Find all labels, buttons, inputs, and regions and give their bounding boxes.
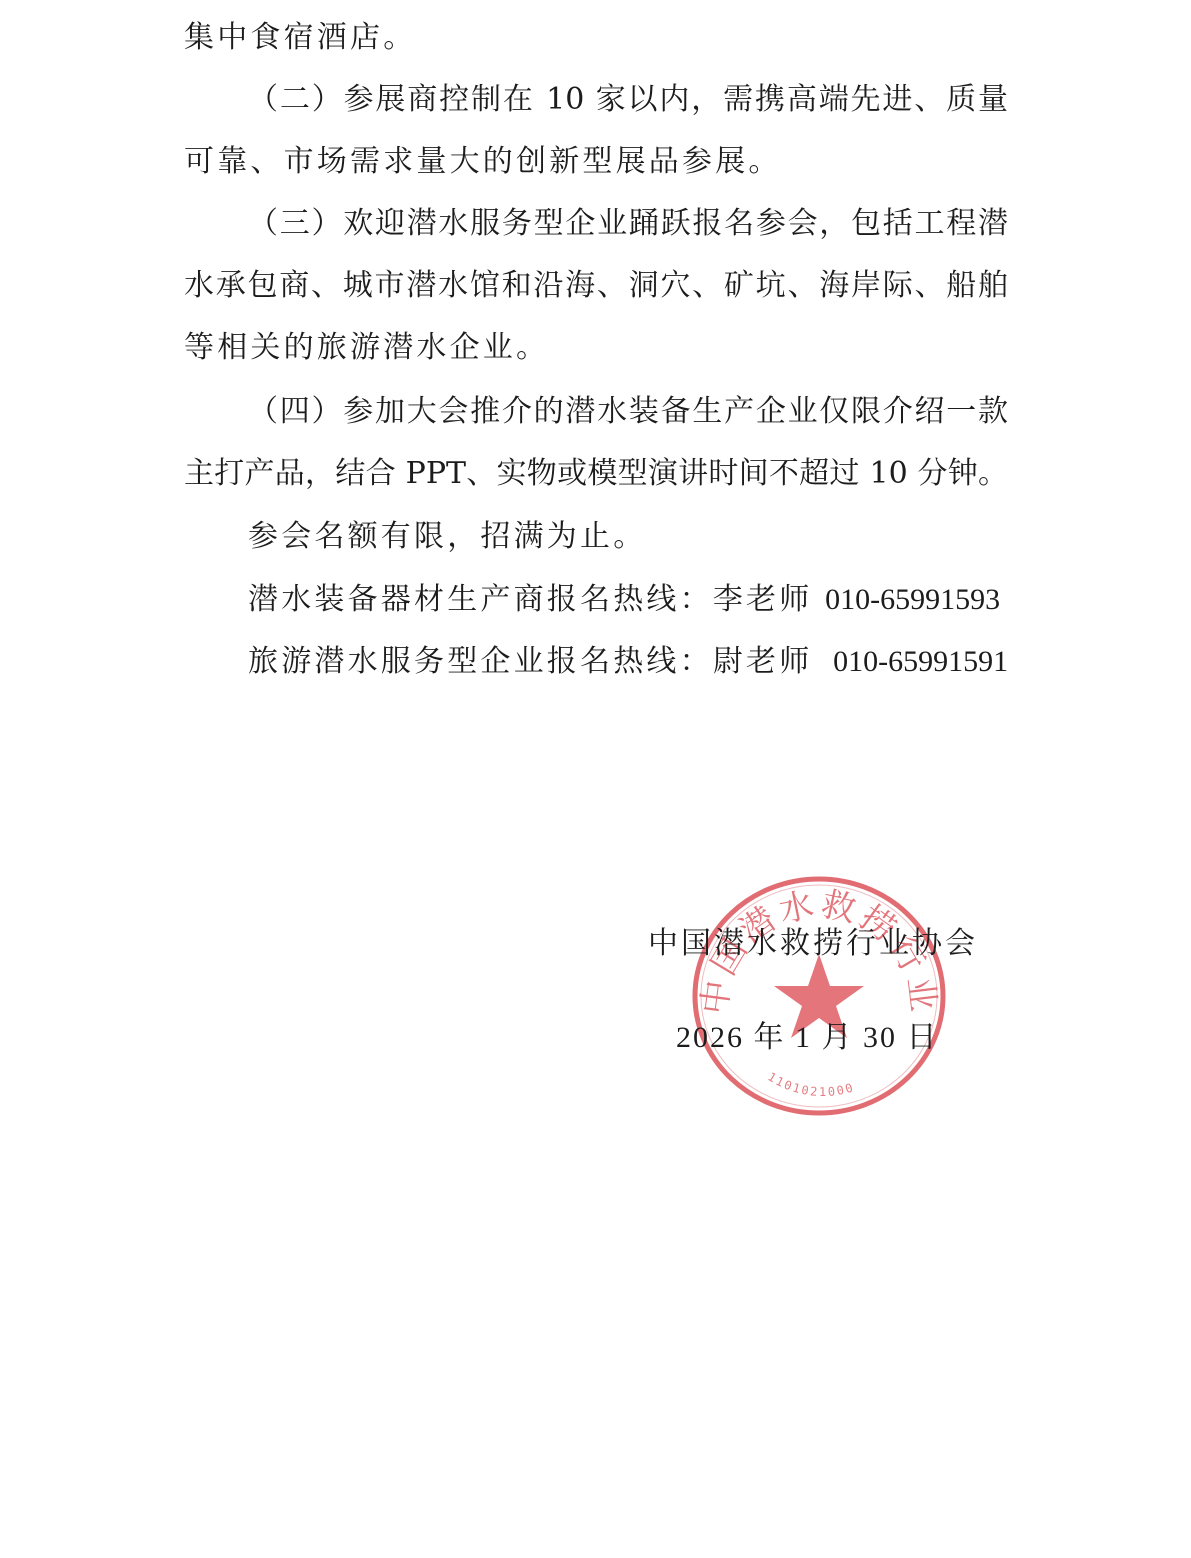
document-page: 集中食宿酒店。 （二）参展商控制在 10 家以内，需携高端先进、质量 可靠、市场…	[0, 0, 1191, 1558]
paragraph-3-line-2: 水承包商、城市潜水馆和沿海、洞穴、矿坑、海岸际、船舶	[184, 266, 1008, 306]
hotline-phone[interactable]: 010-65991593	[825, 583, 1000, 616]
hotline-label: 旅游潜水服务型企业报名热线：	[248, 644, 713, 679]
paragraph-3-line-1: （三）欢迎潜水服务型企业踊跃报名参会，包括工程潜	[248, 204, 1008, 244]
hotline-manufacturers: 潜水装备器材生产商报名热线：李老师 010-65991593	[248, 580, 1000, 620]
signature-date: 2026 年 1 月 30 日	[676, 1018, 939, 1058]
hotline-services: 旅游潜水服务型企业报名热线：尉老师 010-65991591	[248, 642, 1008, 682]
paragraph-line: 集中食宿酒店。	[184, 18, 416, 58]
paragraph-3-line-3: 等相关的旅游潜水企业。	[184, 328, 549, 368]
paragraph-4-line-2: 主打产品，结合 PPT、实物或模型演讲时间不超过 10 分钟。	[184, 454, 1008, 494]
hotline-contact: 李老师	[713, 582, 813, 617]
seal-stamp-icon: 中国潜水救捞行业协会 1101021000	[688, 872, 950, 1120]
signature-organization: 中国潜水救捞行业协会	[648, 924, 978, 964]
paragraph-2-line-2: 可靠、市场需求量大的创新型展品参展。	[184, 142, 782, 182]
quota-note: 参会名额有限，招满为止。	[248, 517, 646, 557]
hotline-contact: 尉老师	[713, 644, 813, 679]
paragraph-2-line-1: （二）参展商控制在 10 家以内，需携高端先进、质量	[248, 80, 1008, 120]
hotline-label: 潜水装备器材生产商报名热线：	[248, 582, 713, 617]
hotline-phone[interactable]: 010-65991591	[833, 645, 1008, 678]
svg-text:1101021000: 1101021000	[765, 1070, 856, 1099]
official-seal: 中国潜水救捞行业协会 1101021000	[688, 872, 950, 1120]
paragraph-4-line-1: （四）参加大会推介的潜水装备生产企业仅限介绍一款	[248, 392, 1008, 432]
